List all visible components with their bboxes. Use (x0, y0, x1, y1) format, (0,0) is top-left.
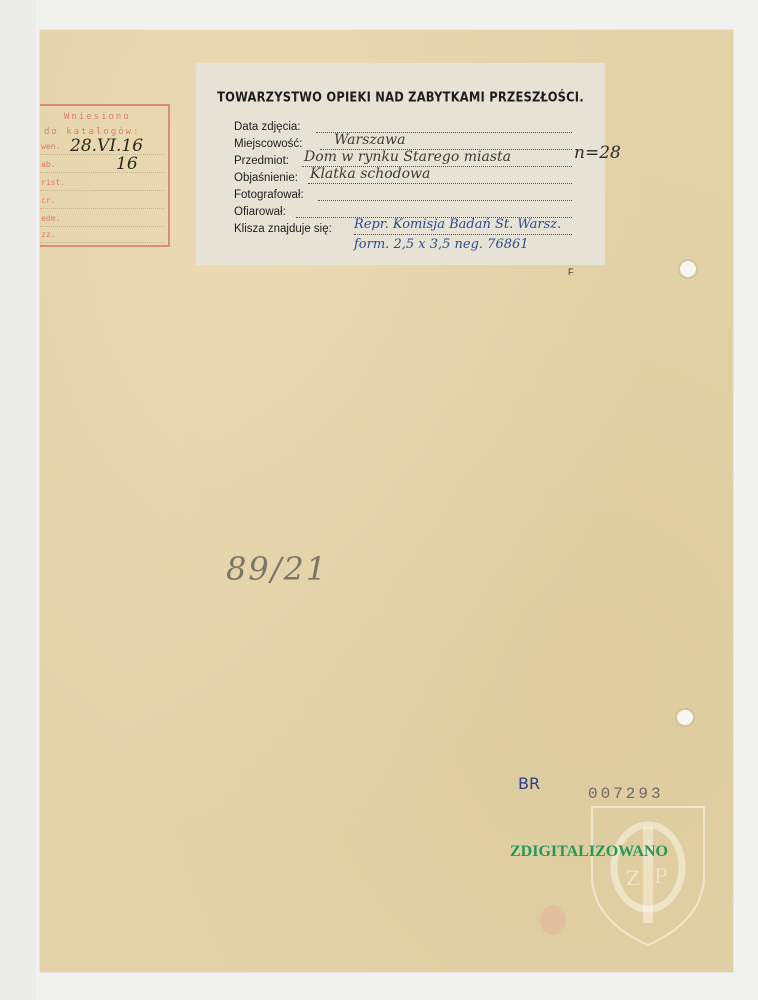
stamp-handwritten-number: 16 (116, 154, 138, 174)
stamp-row: edm. (40, 212, 164, 227)
punch-hole (680, 261, 696, 277)
svg-text:P: P (654, 864, 667, 888)
society-label-card: TOWARZYSTWO OPIEKI NAD ZABYTKAMI PRZESZŁ… (196, 63, 605, 265)
document-page: Wniesiono do katalogów: wen. ab. rist. c… (40, 30, 733, 972)
digitized-stamp: ZDIGITALIZOWANO (510, 843, 668, 861)
field-negative-location: Klisza znajduje się: Repr. Komisja Badań… (234, 223, 594, 239)
field-description: Objaśnienie: Klatka schodowa (234, 172, 574, 188)
stamp-row: zz. (40, 228, 164, 243)
stamp-row: ab. (40, 158, 164, 173)
stamp-row: cr. (40, 194, 164, 209)
svg-text:Z: Z (626, 866, 640, 890)
pencil-signature: 89/21 (226, 550, 328, 588)
punch-hole (677, 710, 693, 725)
field-photographer: Fotografował: (234, 189, 574, 205)
scan-background (0, 0, 36, 1000)
negative-format: form. 2,5 x 3,5 neg. 76861 (354, 237, 529, 252)
stamp-handwritten-date: 28.VI.16 (70, 136, 143, 156)
stamp-row: rist. (40, 176, 164, 191)
faint-pink-mark (540, 905, 566, 935)
house-number-note: n=28 (574, 143, 621, 163)
library-watermark-icon: Z P (588, 805, 708, 947)
small-f-mark: F (568, 267, 574, 277)
collection-mark: BR (518, 774, 540, 793)
catalog-stamp: Wniesiono do katalogów: wen. ab. rist. c… (40, 104, 170, 247)
inventory-number: 007293 (588, 785, 664, 803)
label-title: TOWARZYSTWO OPIEKI NAD ZABYTKAMI PRZESZŁ… (196, 89, 605, 105)
stamp-line-1: Wniesiono (64, 112, 131, 122)
